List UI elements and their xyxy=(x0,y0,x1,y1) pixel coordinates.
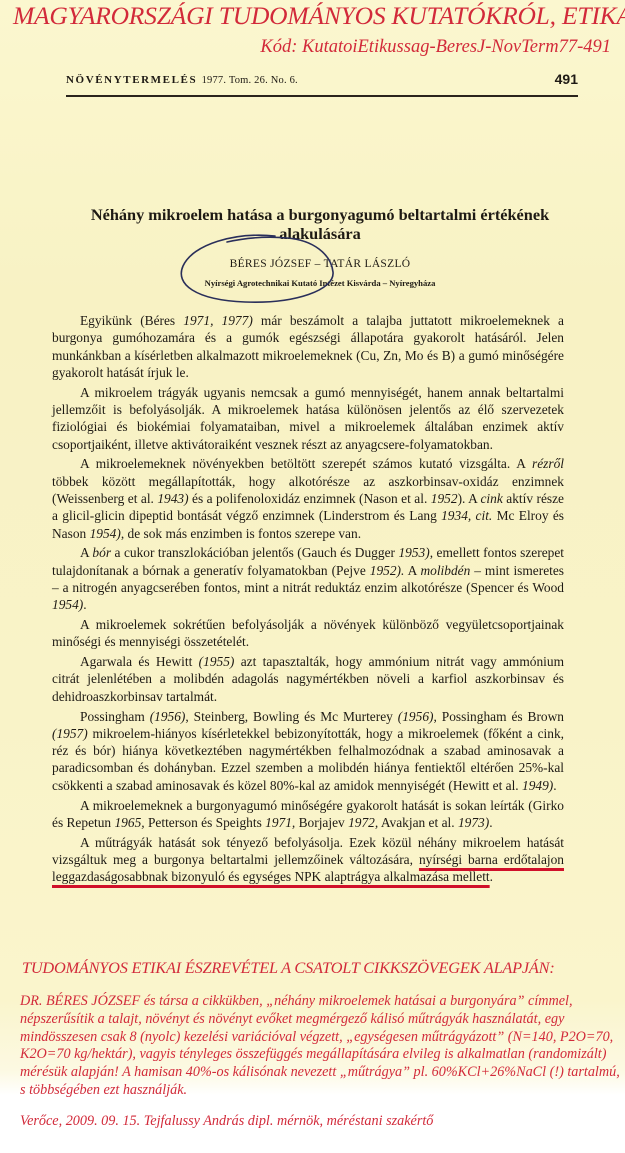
italic-citation: 1954) xyxy=(52,597,83,612)
text-run: Agarwala és Hewitt xyxy=(80,654,199,669)
text-run: Possingham xyxy=(80,709,150,724)
italic-citation: 1965, xyxy=(114,815,144,830)
article-paragraph: Egyikünk (Béres 1971, 1977) már beszámol… xyxy=(52,312,564,381)
text-run: , Possingham és Brown xyxy=(433,709,564,724)
text-run: Borjajev xyxy=(295,815,348,830)
italic-citation: 1949) xyxy=(522,778,553,793)
italic-citation: cink xyxy=(480,491,502,506)
text-run: a cukor transzlokációban jelentős (Gauch… xyxy=(111,545,398,560)
banner-title: MAGYARORSZÁGI TUDOMÁNYOS KUTATÓKRÓL, ETI… xyxy=(13,1,625,31)
italic-citation: 1973) xyxy=(458,815,489,830)
article-paragraph: A mikroelemeknek a burgonyagumó minőségé… xyxy=(52,797,564,832)
italic-citation: 1971, xyxy=(265,815,295,830)
document-code: Kód: KutatoiEtikussag-BeresJ-NovTerm77-4… xyxy=(260,37,611,58)
article-paragraph: A mikroelem trágyák ugyanis nemcsak a gu… xyxy=(52,384,564,453)
text-run: A xyxy=(80,545,92,560)
text-run: A mikroelemek sokrétűen befolyásolják a … xyxy=(52,617,564,649)
italic-citation: 1953) xyxy=(398,545,429,560)
text-run: A mikroelemeknek növényekben betöltött s… xyxy=(80,456,532,471)
text-run: Petterson és Speights xyxy=(145,815,266,830)
article-paragraph: A mikroelemeknek növényekben betöltött s… xyxy=(52,455,564,541)
italic-citation: (1955) xyxy=(199,654,235,669)
article-paragraph: A bór a cukor transzlokációban jelentős … xyxy=(52,544,564,613)
journal-name-line: NÖVÉNYTERMELÉS 1977. Tom. 26. No. 6. xyxy=(66,74,298,86)
text-run: Avakjan et al. xyxy=(378,815,458,830)
italic-citation: 1972, xyxy=(348,815,378,830)
article-paragraph: A műtrágyák hatását sok tényező befolyás… xyxy=(52,834,564,886)
hand-drawn-ellipse-annotation xyxy=(175,232,340,304)
italic-citation: 1952). xyxy=(370,563,405,578)
article-title-line-1: Néhány mikroelem hatása a burgonyagumó b… xyxy=(40,205,600,224)
text-run: A mikroelem trágyák ugyanis nemcsak a gu… xyxy=(52,385,564,452)
journal-name: NÖVÉNYTERMELÉS xyxy=(66,74,197,86)
commentary-body: DR. BÉRES JÓZSEF és társa a cikkükben, „… xyxy=(20,993,620,1100)
commentary-signature: Verőce, 2009. 09. 15. Tejfalussy András … xyxy=(20,1113,433,1130)
journal-header: NÖVÉNYTERMELÉS 1977. Tom. 26. No. 6. 491 xyxy=(66,70,578,90)
text-run: mikroelem-hiányos kísérletekkel bebizony… xyxy=(52,726,564,793)
text-run: . xyxy=(489,815,492,830)
text-run: Egyikünk (Béres xyxy=(80,313,183,328)
italic-citation: molibdén xyxy=(420,563,470,578)
italic-citation: (1957) xyxy=(52,726,88,741)
italic-citation: 1943) xyxy=(157,491,188,506)
text-run: A xyxy=(404,563,420,578)
italic-citation: (1956) xyxy=(150,709,186,724)
text-run: . xyxy=(490,869,493,884)
text-run: és a polifenoloxidáz enzimnek (Nason et … xyxy=(189,491,431,506)
italic-citation: 1934, cit. xyxy=(441,508,492,523)
header-rule xyxy=(66,95,578,97)
italic-citation: rézről xyxy=(532,456,564,471)
text-run: , Steinberg, Bowling és Mc Murterey xyxy=(185,709,397,724)
italic-citation: bór xyxy=(92,545,111,560)
italic-citation: (1956) xyxy=(398,709,434,724)
italic-citation: 1954) xyxy=(90,526,121,541)
text-run: . xyxy=(83,597,86,612)
text-run: , de sok más enzimben is fontos szerepe … xyxy=(121,526,361,541)
article-paragraph: Agarwala és Hewitt (1955) azt tapasztalt… xyxy=(52,653,564,705)
text-run: ). A xyxy=(458,491,481,506)
journal-issue: 1977. Tom. 26. No. 6. xyxy=(202,75,298,86)
article-body: Egyikünk (Béres 1971, 1977) már beszámol… xyxy=(52,312,564,888)
article-paragraph: A mikroelemek sokrétűen befolyásolják a … xyxy=(52,616,564,651)
page-number: 491 xyxy=(555,71,578,87)
article-paragraph: Possingham (1956), Steinberg, Bowling és… xyxy=(52,708,564,794)
italic-citation: 1971, 1977) xyxy=(183,313,253,328)
italic-citation: 1952 xyxy=(431,491,458,506)
text-run: . xyxy=(553,778,556,793)
commentary-heading: TUDOMÁNYOS ETIKAI ÉSZREVÉTEL A CSATOLT C… xyxy=(22,958,555,978)
